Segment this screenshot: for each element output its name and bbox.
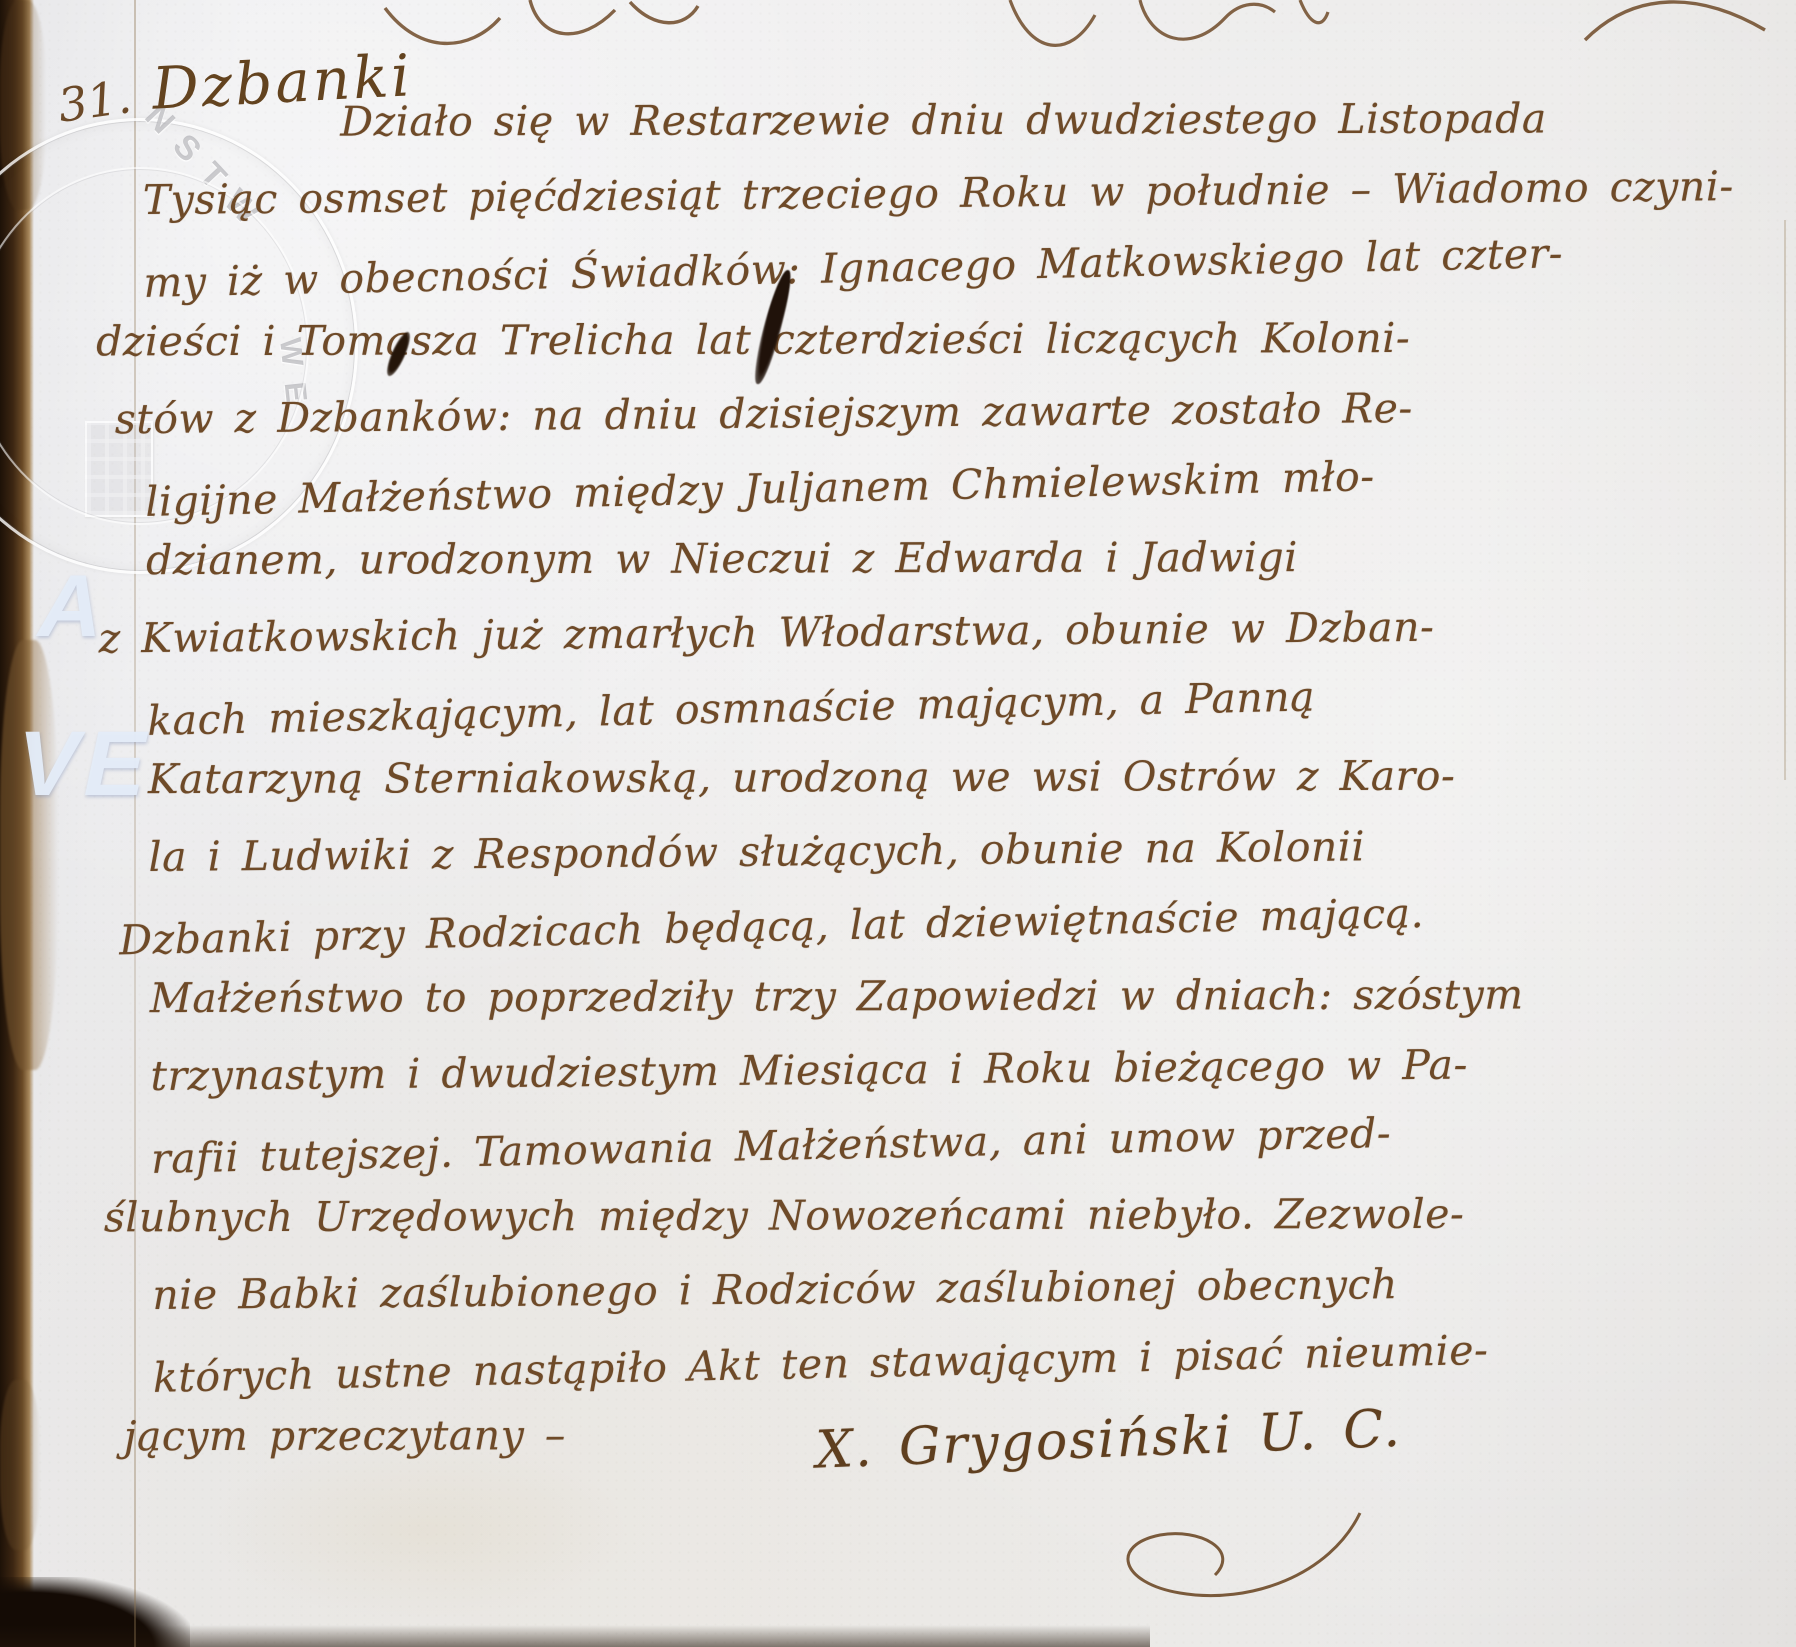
cut-off-flourish xyxy=(380,0,700,60)
bottom-edge-shadow xyxy=(0,1625,1150,1647)
paper-stain xyxy=(210,1440,630,1620)
record-body: Działo się w Restarzewie dniu dwudzieste… xyxy=(142,89,1766,1490)
record-line: ślubnych Urzędowych między Nowozeńcami n… xyxy=(104,1189,1764,1266)
page-edge-line xyxy=(1784,220,1786,780)
record-line: dzianem, urodzonym w Nieczui z Edwarda i… xyxy=(146,532,1758,609)
record-line: Małżeństwo to poprzedziły trzy Zapowiedz… xyxy=(150,970,1762,1047)
registrar-signature: X. Grygosiński U. C. xyxy=(815,1399,1403,1481)
registry-scan-page: NSTW WE A VE 31. Dzbanki Działo się w Re… xyxy=(0,0,1796,1647)
record-line: dzieści i Tomasza Trelicha lat czterdzie… xyxy=(96,313,1756,390)
binding-wear-streak xyxy=(0,1380,40,1550)
cut-off-flourish xyxy=(1000,0,1330,70)
binding-wear-streak xyxy=(0,640,58,1070)
cut-off-flourish xyxy=(1580,0,1770,55)
signature-flourish xyxy=(1030,1505,1370,1615)
record-line: Działo się w Restarzewie dniu dwudzieste… xyxy=(142,94,1754,171)
entry-number: 31. xyxy=(55,69,135,133)
record-line: Katarzyną Sterniakowską, urodzoną we wsi… xyxy=(148,751,1760,828)
